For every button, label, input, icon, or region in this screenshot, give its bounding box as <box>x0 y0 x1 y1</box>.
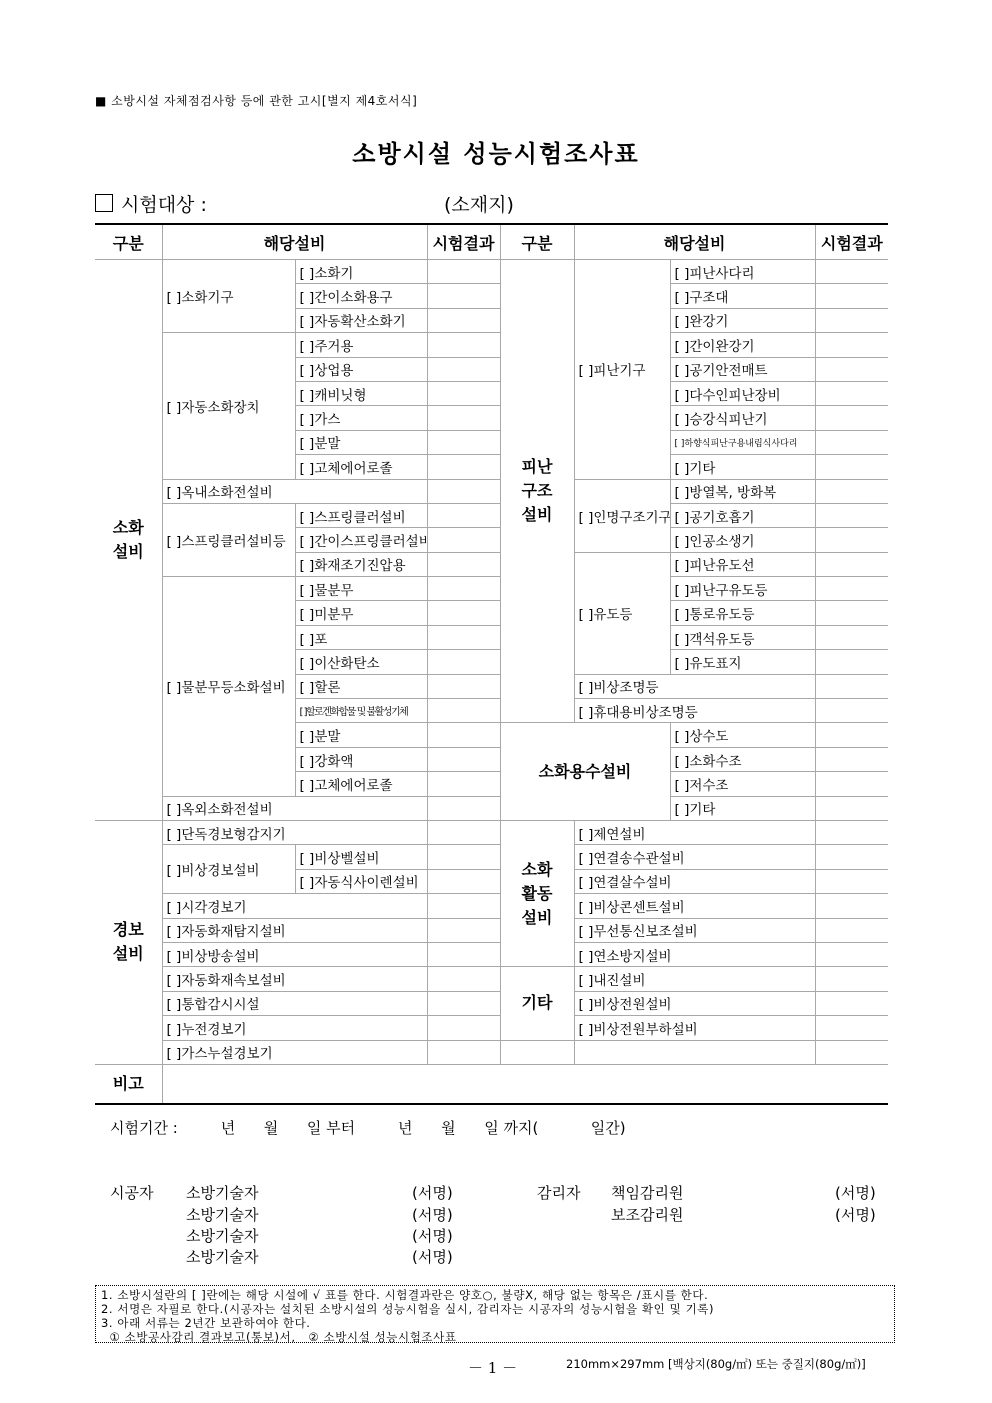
category-etc: 기타 <box>500 967 574 1040</box>
table-row: [ ]옥외소화전설비[ ]기타 <box>95 796 888 820</box>
equipment-item[interactable]: [ ]연결살수설비 <box>574 869 815 893</box>
test-result-cell[interactable] <box>427 357 500 381</box>
equipment-subitem[interactable]: [ ]이산화탄소 <box>295 650 427 674</box>
page-title: 소방시설 성능시험조사표 <box>0 134 992 169</box>
test-period: 시험기간 : 년 월 일 부터 년 월 일 까지( 일간) <box>110 1117 626 1138</box>
contractor-role-2: 소방기술자 <box>186 1204 258 1225</box>
equipment-item[interactable]: [ ]무선통신보조설비 <box>574 918 815 942</box>
test-result-cell[interactable] <box>815 820 888 844</box>
category-water_supply: 소화용수설비 <box>500 723 670 821</box>
test-result-cell[interactable] <box>815 479 888 503</box>
test-result-cell[interactable] <box>815 747 888 771</box>
equipment-item[interactable]: [ ]비상조명등 <box>574 674 815 698</box>
result-header: 시험결과 <box>427 224 500 260</box>
test-result-cell[interactable] <box>815 942 888 966</box>
equipment-subitem[interactable]: [ ]객석유도등 <box>670 625 815 649</box>
test-result-cell[interactable] <box>815 772 888 796</box>
category-alarm: 경보 설비 <box>95 820 162 1064</box>
test-result-cell[interactable] <box>427 845 500 869</box>
test-result-cell[interactable] <box>815 699 888 723</box>
supervisor-role-2: 보조감리원 <box>611 1204 683 1225</box>
equipment-subitem[interactable]: [ ]소화수조 <box>670 747 815 771</box>
equipment-subitem[interactable]: [ ]스프링클러설비 <box>295 503 427 527</box>
test-result-cell[interactable] <box>427 820 500 844</box>
category-fire_suppression: 소화 설비 <box>95 260 162 821</box>
equipment-subitem[interactable]: [ ]강화액 <box>295 747 427 771</box>
test-result-cell[interactable] <box>427 381 500 405</box>
test-result-cell[interactable] <box>427 284 500 308</box>
test-result-cell[interactable] <box>427 796 500 820</box>
category-header: 구분 <box>95 224 162 260</box>
test-result-cell[interactable] <box>427 528 500 552</box>
test-result-cell[interactable] <box>815 845 888 869</box>
test-result-cell[interactable] <box>427 430 500 454</box>
equipment-item[interactable]: [ ]시각경보기 <box>162 894 427 918</box>
paper-spec: 210mm×297mm [백상지(80g/㎡) 또는 중질지(80g/㎡)] <box>566 1356 866 1372</box>
test-result-cell[interactable] <box>427 747 500 771</box>
test-result-cell[interactable] <box>815 723 888 747</box>
equipment-subitem[interactable]: [ ]간이스프링클러설비 <box>295 528 427 552</box>
equipment-subitem[interactable]: [ ]자동식사이렌설비 <box>295 869 427 893</box>
remark-label: 비고 <box>95 1064 162 1104</box>
test-result-cell[interactable] <box>427 942 500 966</box>
test-result-cell[interactable] <box>815 991 888 1015</box>
equipment-header-right: 해당설비 <box>574 224 815 260</box>
contractor-sign-3[interactable]: (서명) <box>412 1225 453 1246</box>
test-result-cell[interactable] <box>427 601 500 625</box>
equipment-group[interactable]: [ ]물분무등소화설비 <box>162 577 295 797</box>
test-result-cell[interactable] <box>427 1040 500 1064</box>
note-4: ① 소방공사감리 결과보고(통보)서, ② 소방시설 성능시험조사표 <box>101 1330 894 1344</box>
equipment-subitem[interactable]: [ ]상업용 <box>295 357 427 381</box>
test-result-cell[interactable] <box>427 967 500 991</box>
equipment-subitem[interactable]: [ ]저수조 <box>670 772 815 796</box>
equipment-item[interactable]: [ ]비상전원설비 <box>574 991 815 1015</box>
equipment-subitem[interactable]: [ ]기타 <box>670 796 815 820</box>
equipment-item[interactable]: [ ]제연설비 <box>574 820 815 844</box>
test-result-cell[interactable] <box>815 918 888 942</box>
notes-box: 1. 소방시설란의 [ ]란에는 해당 시설에 √ 표를 한다. 시험결과란은 … <box>95 1285 895 1343</box>
note-3: 3. 아래 서류는 2년간 보관하여야 한다. <box>101 1316 894 1330</box>
test-result-cell[interactable] <box>815 357 888 381</box>
test-result-cell[interactable] <box>427 991 500 1015</box>
equipment-subitem[interactable]: [ ]공기호흡기 <box>670 503 815 527</box>
test-result-cell[interactable] <box>815 333 888 357</box>
test-result-cell[interactable] <box>815 1016 888 1040</box>
equipment-subitem[interactable]: [ ]완강기 <box>670 308 815 332</box>
table-row: [ ]가스누설경보기 <box>95 1040 888 1064</box>
test-result-cell[interactable] <box>815 796 888 820</box>
table-row: 경보 설비[ ]단독경보형감지기소화 활동 설비[ ]제연설비 <box>95 820 888 844</box>
equipment-subitem[interactable]: [ ]통로유도등 <box>670 601 815 625</box>
test-result-cell[interactable] <box>427 333 500 357</box>
equipment-item[interactable]: [ ]단독경보형감지기 <box>162 820 427 844</box>
equipment-subitem[interactable]: [ ]방열복, 방화복 <box>670 479 815 503</box>
test-result-cell[interactable] <box>427 479 500 503</box>
table-row: [ ]비상방송설비[ ]연소방지설비 <box>95 942 888 966</box>
note-2: 2. 서명은 자필로 한다.(시공자는 설치된 소방시설의 성능시험을 실시, … <box>101 1302 894 1316</box>
equipment-subitem[interactable]: [ ]할로겐화합물 및 불활성기체 <box>295 699 427 723</box>
contractor-label: 시공자 <box>110 1182 153 1203</box>
equipment-item[interactable]: [ ]비상전원부하설비 <box>574 1016 815 1040</box>
equipment-group[interactable]: [ ]피난기구 <box>574 260 670 480</box>
category-header-right: 구분 <box>500 224 574 260</box>
test-result-cell[interactable] <box>815 577 888 601</box>
equipment-subitem[interactable]: [ ]포 <box>295 625 427 649</box>
equipment-subitem[interactable]: [ ]캐비닛형 <box>295 381 427 405</box>
table-row: [ ]옥내소화전설비[ ]인명구조기구[ ]방열복, 방화복 <box>95 479 888 503</box>
equipment-item[interactable]: [ ]자동화재속보설비 <box>162 967 427 991</box>
contractor-role-4: 소방기술자 <box>186 1246 258 1267</box>
equipment-item[interactable]: [ ]휴대용비상조명등 <box>574 699 815 723</box>
location-label: (소재지) <box>444 190 514 217</box>
equipment-group[interactable]: [ ]비상경보설비 <box>162 845 295 894</box>
equipment-item[interactable]: [ ]옥외소화전설비 <box>162 796 427 820</box>
test-result-cell[interactable] <box>815 430 888 454</box>
equipment-subitem[interactable]: [ ]유도표지 <box>670 650 815 674</box>
table-row: [ ]자동소화장치[ ]주거용[ ]간이완강기 <box>95 333 888 357</box>
equipment-group[interactable]: [ ]자동소화장치 <box>162 333 295 479</box>
test-result-cell[interactable] <box>815 869 888 893</box>
test-result-cell[interactable] <box>427 503 500 527</box>
remark-field[interactable] <box>162 1064 888 1104</box>
equipment-item[interactable]: [ ]자동화재탐지설비 <box>162 918 427 942</box>
test-result-cell[interactable] <box>815 967 888 991</box>
table-row: [ ]스프링클러설비등[ ]스프링클러설비[ ]공기호흡기 <box>95 503 888 527</box>
equipment-item[interactable]: [ ]내진설비 <box>574 967 815 991</box>
test-result-cell[interactable] <box>815 284 888 308</box>
test-result-cell[interactable] <box>427 699 500 723</box>
equipment-item[interactable]: [ ]연결송수관설비 <box>574 845 815 869</box>
supervisor-sign-1[interactable]: (서명) <box>835 1182 876 1203</box>
test-result-cell[interactable] <box>815 601 888 625</box>
table-row: [ ]시각경보기[ ]비상콘센트설비 <box>95 894 888 918</box>
equipment-subitem[interactable]: [ ]분말 <box>295 430 427 454</box>
equipment-item[interactable]: [ ]연소방지설비 <box>574 942 815 966</box>
equipment-subitem[interactable]: [ ]고체에어로졸 <box>295 455 427 479</box>
category-evacuation: 피난 구조 설비 <box>500 260 574 723</box>
contractor-role-1: 소방기술자 <box>186 1182 258 1203</box>
test-result-cell[interactable] <box>427 723 500 747</box>
supervisor-role-1: 책임감리원 <box>611 1182 683 1203</box>
equipment-subitem[interactable]: [ ]가스 <box>295 406 427 430</box>
equipment-item[interactable]: [ ]비상콘센트설비 <box>574 894 815 918</box>
table-row: [ ]통합감시시설[ ]비상전원설비 <box>95 991 888 1015</box>
form-notice: ■ 소방시설 자체점검사항 등에 관한 고시[별지 제4호서식] <box>95 92 417 109</box>
test-result-cell[interactable] <box>427 674 500 698</box>
equipment-subitem[interactable]: [ ]고체에어로졸 <box>295 772 427 796</box>
category-firefighting: 소화 활동 설비 <box>500 820 574 966</box>
blank-cell <box>500 1040 574 1064</box>
equipment-item[interactable]: [ ]비상방송설비 <box>162 942 427 966</box>
equipment-item[interactable]: [ ]옥내소화전설비 <box>162 479 427 503</box>
equipment-group[interactable]: [ ]인명구조기구 <box>574 479 670 552</box>
equipment-subitem[interactable]: [ ]승강식피난기 <box>670 406 815 430</box>
test-result-cell[interactable] <box>427 308 500 332</box>
equipment-subitem[interactable]: [ ]기타 <box>670 455 815 479</box>
test-result-cell[interactable] <box>815 308 888 332</box>
test-result-cell[interactable] <box>427 650 500 674</box>
equipment-subitem[interactable]: [ ]피난유도선 <box>670 552 815 576</box>
test-result-cell[interactable] <box>815 552 888 576</box>
test-result-cell[interactable] <box>815 625 888 649</box>
equipment-subitem[interactable]: [ ]피난사다리 <box>670 260 815 284</box>
checkbox-icon[interactable] <box>95 194 113 212</box>
equipment-group[interactable]: [ ]유도등 <box>574 552 670 674</box>
equipment-subitem[interactable]: [ ]할론 <box>295 674 427 698</box>
equipment-subitem[interactable]: [ ]구조대 <box>670 284 815 308</box>
equipment-item[interactable]: [ ]통합감시시설 <box>162 991 427 1015</box>
equipment-subitem[interactable]: [ ]미분무 <box>295 601 427 625</box>
test-result-cell[interactable] <box>815 1040 888 1064</box>
test-result-cell[interactable] <box>815 455 888 479</box>
equipment-subitem[interactable]: [ ]분말 <box>295 723 427 747</box>
test-result-cell[interactable] <box>427 918 500 942</box>
test-result-cell[interactable] <box>427 869 500 893</box>
table-row: [ ]비상경보설비[ ]비상벨설비[ ]연결송수관설비 <box>95 845 888 869</box>
test-result-cell[interactable] <box>815 674 888 698</box>
equipment-subitem[interactable]: [ ]상수도 <box>670 723 815 747</box>
result-header-right: 시험결과 <box>815 224 888 260</box>
equipment-subitem[interactable]: [ ]인공소생기 <box>670 528 815 552</box>
equipment-header: 해당설비 <box>162 224 427 260</box>
supervisor-label: 감리자 <box>537 1182 580 1203</box>
test-result-cell[interactable] <box>427 260 500 284</box>
equipment-subitem[interactable]: [ ]비상벨설비 <box>295 845 427 869</box>
blank-cell <box>574 1040 815 1064</box>
contractor-role-3: 소방기술자 <box>186 1225 258 1246</box>
test-result-cell[interactable] <box>815 503 888 527</box>
test-result-cell[interactable] <box>427 455 500 479</box>
test-result-cell[interactable] <box>815 406 888 430</box>
supervisor-sign-2[interactable]: (서명) <box>835 1204 876 1225</box>
table-row: 소화 설비[ ]소화기구[ ]소화기피난 구조 설비[ ]피난기구[ ]피난사다… <box>95 260 888 284</box>
equipment-group[interactable]: [ ]소화기구 <box>162 260 295 333</box>
contractor-sign-1[interactable]: (서명) <box>412 1182 453 1203</box>
test-result-cell[interactable] <box>427 772 500 796</box>
equipment-subitem[interactable]: [ ]다수인피난장비 <box>670 381 815 405</box>
table-row: [ ]자동화재속보설비기타[ ]내진설비 <box>95 967 888 991</box>
table-row: [ ]누전경보기[ ]비상전원부하설비 <box>95 1016 888 1040</box>
equipment-subitem[interactable]: [ ]간이소화용구 <box>295 284 427 308</box>
contractor-sign-4[interactable]: (서명) <box>412 1246 453 1267</box>
equipment-group[interactable]: [ ]스프링클러설비등 <box>162 503 295 576</box>
equipment-subitem[interactable]: [ ]자동확산소화기 <box>295 308 427 332</box>
equipment-subitem[interactable]: [ ]물분무 <box>295 577 427 601</box>
equipment-subitem[interactable]: [ ]주거용 <box>295 333 427 357</box>
test-result-cell[interactable] <box>815 894 888 918</box>
test-target-label: 시험대상 : <box>95 190 207 217</box>
equipment-item[interactable]: [ ]누전경보기 <box>162 1016 427 1040</box>
test-result-cell[interactable] <box>815 260 888 284</box>
contractor-sign-2[interactable]: (서명) <box>412 1204 453 1225</box>
test-result-cell[interactable] <box>815 650 888 674</box>
inspection-table: 구분해당설비시험결과구분해당설비시험결과소화 설비[ ]소화기구[ ]소화기피난… <box>95 223 888 1105</box>
test-result-cell[interactable] <box>427 894 500 918</box>
equipment-item[interactable]: [ ]가스누설경보기 <box>162 1040 427 1064</box>
test-result-cell[interactable] <box>427 1016 500 1040</box>
equipment-subitem[interactable]: [ ]소화기 <box>295 260 427 284</box>
table-row: [ ]물분무등소화설비[ ]물분무[ ]피난구유도등 <box>95 577 888 601</box>
equipment-subitem[interactable]: [ ]공기안전매트 <box>670 357 815 381</box>
equipment-subitem[interactable]: [ ]간이완강기 <box>670 333 815 357</box>
table-row: [ ]자동화재탐지설비[ ]무선통신보조설비 <box>95 918 888 942</box>
equipment-subitem[interactable]: [ ]화재조기진압용 <box>295 552 427 576</box>
test-result-cell[interactable] <box>815 528 888 552</box>
equipment-subitem[interactable]: [ ]피난구유도등 <box>670 577 815 601</box>
test-result-cell[interactable] <box>427 577 500 601</box>
equipment-subitem[interactable]: [ ]하향식피난구용내림식사다리 <box>670 430 815 454</box>
note-1: 1. 소방시설란의 [ ]란에는 해당 시설에 √ 표를 한다. 시험결과란은 … <box>101 1288 894 1302</box>
test-result-cell[interactable] <box>427 406 500 430</box>
test-result-cell[interactable] <box>427 552 500 576</box>
test-target-text: 시험대상 : <box>121 194 207 216</box>
test-result-cell[interactable] <box>427 625 500 649</box>
page-number: － 1 － <box>468 1357 517 1378</box>
test-result-cell[interactable] <box>815 381 888 405</box>
